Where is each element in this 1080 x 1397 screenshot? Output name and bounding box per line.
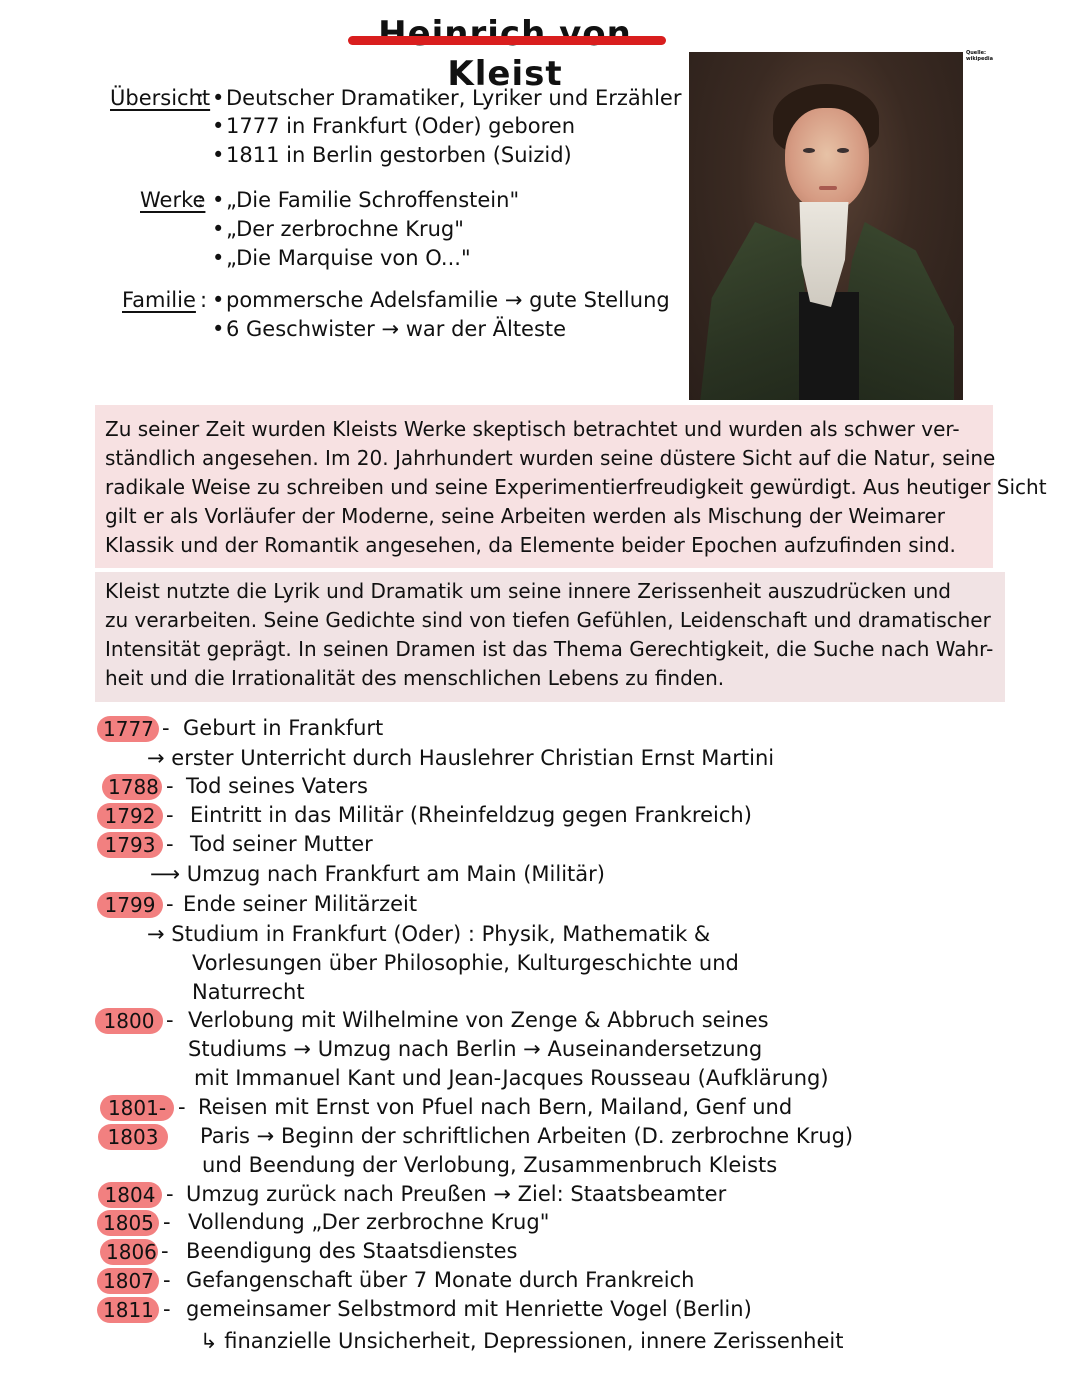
year-badge-end: 1803	[98, 1124, 168, 1150]
year-badge: 1788	[102, 774, 162, 800]
timeline-text: Tod seiner Mutter	[190, 830, 373, 858]
year-badge: 1793	[97, 832, 163, 858]
timeline-text: Vollendung „Der zerbrochne Krug"	[188, 1208, 549, 1236]
image-source-caption: Quelle: wikipedia	[966, 50, 1006, 62]
family-colon: :	[200, 286, 207, 314]
family-item: •pommersche Adelsfamilie → gute Stellung	[212, 286, 670, 314]
dash: -	[163, 1266, 171, 1294]
paragraph-line: ständlich angesehen. Im 20. Jahrhundert …	[105, 444, 995, 473]
timeline-text: Geburt in Frankfurt	[183, 714, 383, 742]
paragraph-line: Klassik und der Romantik angesehen, da E…	[105, 531, 956, 560]
dash: -	[163, 1208, 171, 1236]
portrait-face	[785, 108, 869, 212]
paragraph-line: zu verarbeiten. Seine Gedichte sind von …	[105, 606, 991, 635]
timeline-text: und Beendung der Verlobung, Zusammenbruc…	[202, 1151, 777, 1179]
portrait-image	[689, 52, 963, 400]
dash: -	[162, 714, 170, 742]
overview-label: Übersicht	[110, 84, 210, 112]
overview-item: •1777 in Frankfurt (Oder) geboren	[212, 112, 575, 140]
timeline-text: Ende seiner Militärzeit	[183, 890, 417, 918]
year-badge: 1801-	[100, 1095, 174, 1121]
timeline-text: mit Immanuel Kant und Jean-Jacques Rouss…	[194, 1064, 829, 1092]
paragraph-line: heit und die Irrationalität des menschli…	[105, 664, 724, 693]
timeline-text: Beendigung des Staatsdienstes	[186, 1237, 517, 1265]
timeline-text: Eintritt in das Militär (Rheinfeldzug ge…	[190, 801, 752, 829]
timeline-subtext: ↳ finanzielle Unsicherheit, Depressionen…	[200, 1327, 843, 1355]
portrait-mouth	[819, 186, 837, 190]
year-badge: 1804	[98, 1182, 162, 1208]
year-badge: 1800	[95, 1008, 163, 1034]
timeline-text: Paris → Beginn der schriftlichen Arbeite…	[200, 1122, 853, 1150]
year-badge: 1806	[100, 1239, 158, 1265]
overview-item: •1811 in Berlin gestorben (Suizid)	[212, 141, 572, 169]
year-badge: 1777	[97, 716, 159, 742]
timeline-text: Reisen mit Ernst von Pfuel nach Bern, Ma…	[198, 1093, 792, 1121]
works-item: •„Die Familie Schroffenstein"	[212, 186, 519, 214]
timeline-subtext: ⟶ Umzug nach Frankfurt am Main (Militär)	[150, 860, 605, 888]
paragraph-line: radikale Weise zu schreiben und seine Ex…	[105, 473, 1047, 502]
reception-paragraph-box: Zu seiner Zeit wurden Kleists Werke skep…	[95, 405, 993, 568]
family-label: Familie	[122, 286, 196, 314]
year-badge: 1807	[97, 1268, 159, 1294]
timeline-text: Studiums → Umzug nach Berlin → Auseinand…	[188, 1035, 762, 1063]
timeline-text: Umzug zurück nach Preußen → Ziel: Staats…	[186, 1180, 726, 1208]
portrait-eye	[803, 148, 815, 153]
year-badge: 1811	[97, 1297, 159, 1323]
paragraph-line: gilt er als Vorläufer der Moderne, seine…	[105, 502, 945, 531]
works-colon: :	[197, 186, 204, 214]
timeline-subtext: Naturrecht	[192, 978, 305, 1006]
timeline-subtext: → Studium in Frankfurt (Oder) : Physik, …	[147, 920, 710, 948]
timeline-text: gemeinsamer Selbstmord mit Henriette Vog…	[186, 1295, 752, 1323]
works-item: •„Die Marquise von O..."	[212, 244, 471, 272]
themes-paragraph-box: Kleist nutzte die Lyrik und Dramatik um …	[95, 572, 1005, 702]
portrait-eye	[837, 148, 849, 153]
year-badge: 1799	[97, 892, 163, 918]
dash: -	[178, 1093, 186, 1121]
portrait-vest	[799, 292, 859, 400]
dash: -	[166, 801, 174, 829]
family-item: •6 Geschwister → war der Älteste	[212, 315, 566, 343]
works-item: •„Der zerbrochne Krug"	[212, 215, 464, 243]
timeline-text: Verlobung mit Wilhelmine von Zenge & Abb…	[188, 1006, 769, 1034]
year-badge: 1792	[97, 803, 163, 829]
dash: -	[166, 1180, 174, 1208]
overview-colon: :	[197, 84, 204, 112]
year-badge: 1805	[97, 1210, 159, 1236]
dash: -	[163, 1295, 171, 1323]
timeline-subtext: Vorlesungen über Philosophie, Kulturgesc…	[192, 949, 739, 977]
facts-section: Übersicht : •Deutscher Dramatiker, Lyrik…	[0, 0, 680, 400]
dash: -	[166, 772, 174, 800]
paragraph-line: Kleist nutzte die Lyrik und Dramatik um …	[105, 577, 951, 606]
dash: -	[166, 830, 174, 858]
works-label: Werke	[140, 186, 205, 214]
timeline-text: Gefangenschaft über 7 Monate durch Frank…	[186, 1266, 694, 1294]
paragraph-line: Intensität geprägt. In seinen Dramen ist…	[105, 635, 993, 664]
overview-item: •Deutscher Dramatiker, Lyriker und Erzäh…	[212, 84, 681, 112]
paragraph-line: Zu seiner Zeit wurden Kleists Werke skep…	[105, 415, 960, 444]
dash: -	[166, 890, 174, 918]
timeline-subtext: → erster Unterricht durch Hauslehrer Chr…	[147, 744, 774, 772]
dash: -	[166, 1006, 174, 1034]
timeline-text: Tod seines Vaters	[186, 772, 368, 800]
dash: -	[161, 1237, 169, 1265]
